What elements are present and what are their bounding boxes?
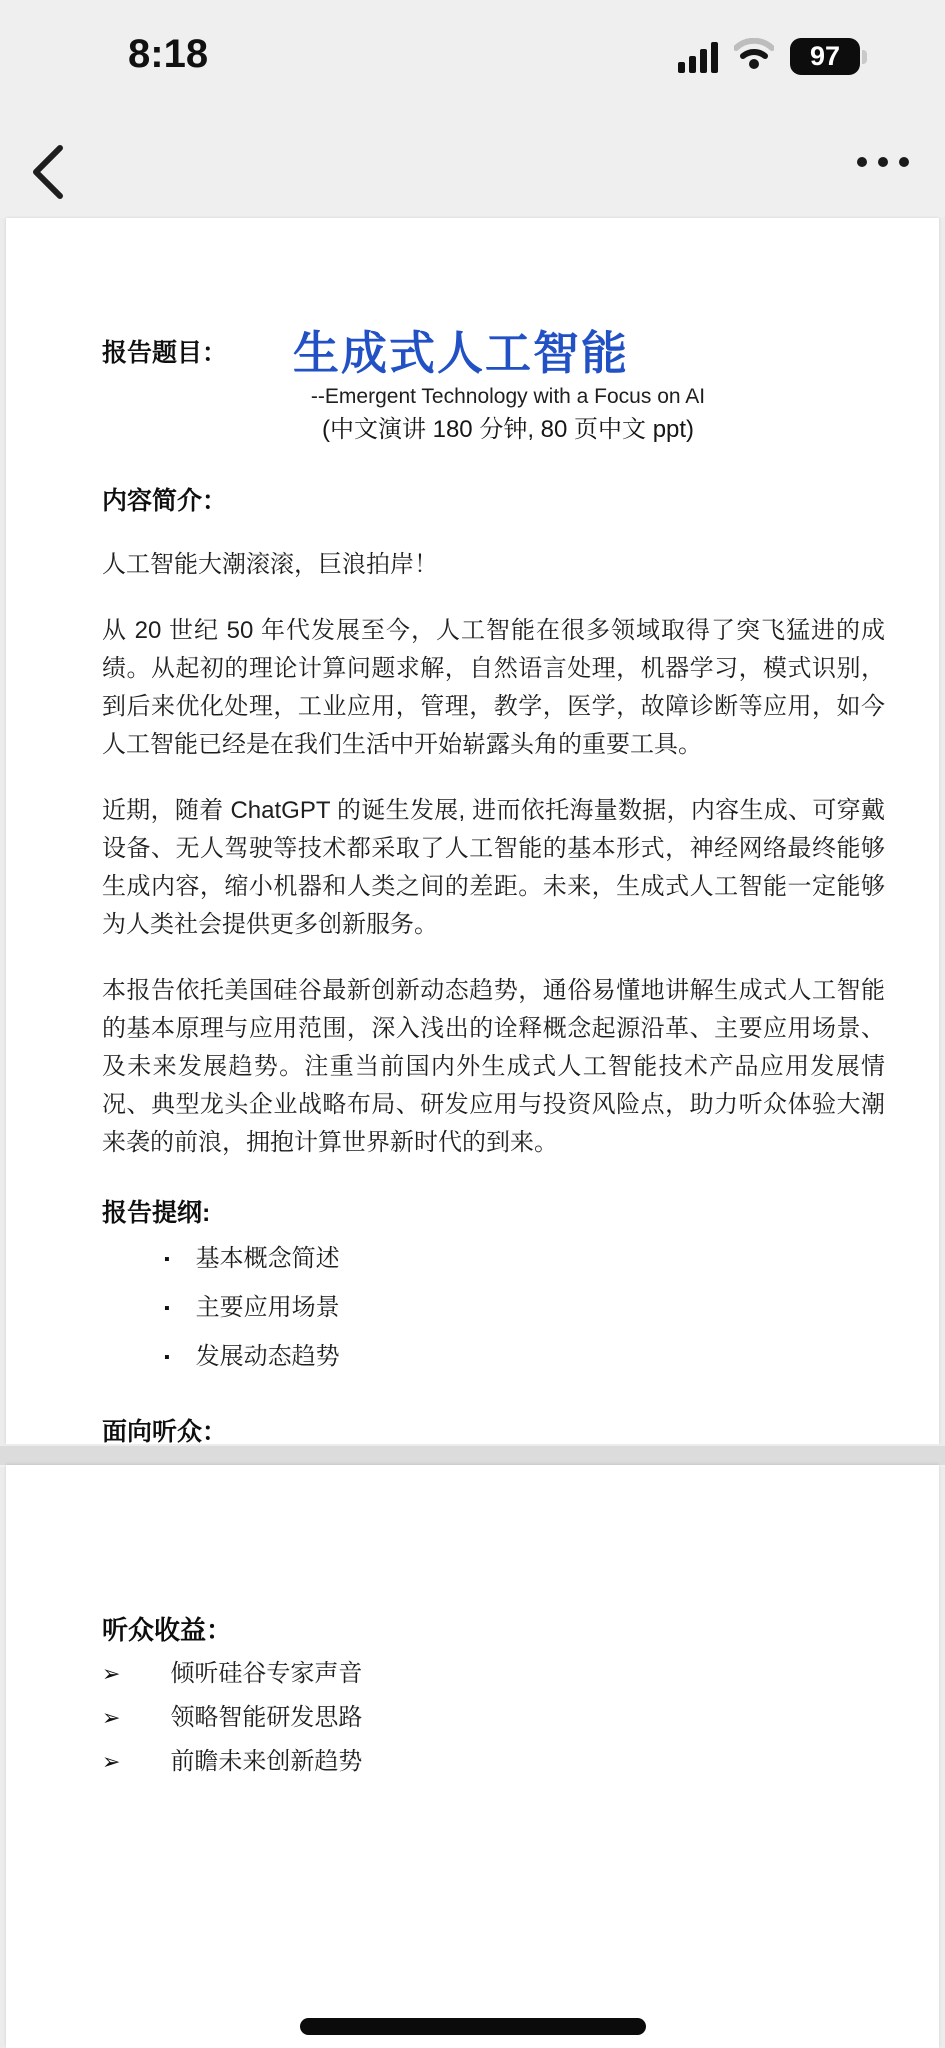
phone-screen: 8:18 97	[0, 0, 945, 2048]
battery-tip	[862, 50, 867, 64]
list-item: ▪ 发展动态趋势	[102, 1338, 885, 1379]
benefit-item-label: 领略智能研发思路	[170, 1699, 362, 1737]
report-subtitle-chinese: (中文演讲 180 分钟, 80 页中文 ppt)	[278, 414, 738, 446]
ellipsis-icon	[857, 157, 867, 167]
square-bullet-icon: ▪	[164, 1339, 170, 1377]
list-item: ➢ 倾听硅谷专家声音	[102, 1655, 885, 1693]
list-item: ➢ 领略智能研发思路	[102, 1699, 885, 1737]
more-options-button[interactable]	[857, 140, 909, 184]
benefits-section-label: 听众收益：	[102, 1611, 885, 1649]
back-chevron-icon	[26, 189, 70, 206]
outline-item-label: 发展动态趋势	[196, 1338, 340, 1376]
page-separator	[0, 1444, 945, 1467]
intro-paragraph-1: 从 20 世纪 50 年代发展至今，人工智能在很多领域取得了突飞猛进的成绩。从起…	[102, 612, 885, 764]
report-title-label: 报告题目：	[102, 334, 227, 372]
square-bullet-icon: ▪	[164, 1290, 170, 1328]
status-nav-header: 8:18 97	[0, 0, 945, 218]
document-page-1[interactable]: 报告题目： 生成式人工智能 --Emergent Technology with…	[6, 218, 939, 1444]
outline-section-label: 报告提纲:	[102, 1194, 885, 1232]
report-subtitle-block: --Emergent Technology with a Focus on AI…	[278, 382, 738, 446]
benefit-item-label: 前瞻未来创新趋势	[170, 1743, 362, 1781]
arrow-bullet-icon: ➢	[102, 1743, 120, 1781]
arrow-bullet-icon: ➢	[102, 1699, 120, 1737]
benefit-item-label: 倾听硅谷专家声音	[170, 1655, 362, 1693]
intro-section-label: 内容简介：	[102, 482, 885, 520]
home-indicator[interactable]	[300, 2018, 646, 2035]
outline-item-label: 主要应用场景	[196, 1289, 340, 1327]
intro-paragraph-2: 近期，随着 ChatGPT 的诞生发展, 进而依托海量数据，内容生成、可穿戴设备…	[102, 792, 885, 944]
cellular-signal-icon	[678, 41, 718, 73]
arrow-bullet-icon: ➢	[102, 1655, 120, 1693]
list-item: ➢ 前瞻未来创新趋势	[102, 1743, 885, 1781]
battery-icon: 97	[790, 38, 867, 75]
status-time: 8:18	[128, 32, 208, 77]
back-button[interactable]	[26, 142, 70, 202]
intro-paragraph-3: 本报告依托美国硅谷最新创新动态趋势，通俗易懂地讲解生成式人工智能的基本原理与应用…	[102, 972, 885, 1162]
outline-item-label: 基本概念简述	[196, 1240, 340, 1278]
report-subtitle-english: --Emergent Technology with a Focus on AI	[278, 382, 738, 412]
wifi-icon	[734, 38, 774, 75]
list-item: ▪ 主要应用场景	[102, 1289, 885, 1330]
list-item: ▪ 基本概念简述	[102, 1240, 885, 1281]
document-page-2[interactable]: 听众收益： ➢ 倾听硅谷专家声音 ➢ 领略智能研发思路 ➢ 前瞻未来创新趋势	[6, 1465, 939, 2048]
square-bullet-icon: ▪	[164, 1241, 170, 1279]
status-icons: 97	[678, 38, 867, 75]
report-title: 生成式人工智能	[293, 334, 629, 372]
outline-list: ▪ 基本概念简述 ▪ 主要应用场景 ▪ 发展动态趋势	[102, 1240, 885, 1379]
intro-lead-line: 人工智能大潮滚滚，巨浪拍岸！	[102, 546, 885, 584]
report-title-row: 报告题目： 生成式人工智能	[102, 334, 885, 372]
battery-percent: 97	[790, 38, 860, 75]
